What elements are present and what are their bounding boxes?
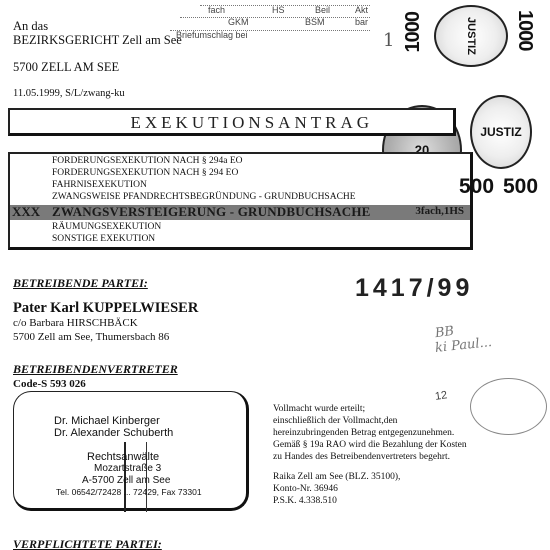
court-city: 5700 ZELL AM SEE [13,60,119,75]
document-title: EXEKUTIONSANTRAG [131,113,373,133]
justice-seal-1000-icon: JUSTIZ [434,5,508,67]
case-number-stamp: 1417/99 [355,274,473,303]
lawyer-street: Mozartstraße 3 [94,463,161,474]
stamp-500-value-right: 500 [503,175,538,199]
bank-line: Raika Zell am See (BLZ. 35100), [273,472,400,482]
receipt-handwritten-mark: 1 [383,30,394,51]
title-box: EXEKUTIONSANTRAG [8,108,456,136]
receipt-stamp: fach HS Beil Akt GKM BSM bar Briefumschl… [170,0,400,40]
receipt-row-1: fach HS Beil Akt [200,5,370,6]
lawyer-name-1: Dr. Michael Kinberger [54,415,160,427]
receipt-gkm: GKM [228,17,249,27]
receipt-row-3: Briefumschlag bei [170,30,370,31]
poa-line: hereinzubringenden Betrag entgegenzunehm… [273,428,454,438]
bank-line: Konto-Nr. 36946 [273,484,338,494]
creditor-address: 5700 Zell am See, Thumersbach 86 [13,331,169,343]
selected-execution-label: ZWANGSVERSTEIGERUNG - GRUNDBUCHSACHE [52,204,371,220]
receipt-row-2: GKM BSM bar [180,17,370,18]
creditor-care-of: c/o Barbara HIRSCHBÄCK [13,317,138,329]
creditor-name: Pater Karl KUPPELWIESER [13,300,198,317]
execution-option: FORDERUNGSEXEKUTION NACH § 294a EO [52,156,243,166]
execution-option: SONSTIGE EXEKUTION [52,234,155,244]
selection-mark: XXX [12,204,40,220]
lawyer-name-2: Dr. Alexander Schuberth [54,427,173,439]
receipt-bar: bar [355,17,368,27]
lawyer-phone: Tel. 06542/72428 ... 72429, Fax 73301 [56,487,202,497]
poa-line: einschließlich der Vollmacht,den [273,416,397,426]
selected-execution-note: 3fach,1HS [415,205,464,217]
debtor-heading: VERPFLICHTETE PARTEI: [13,537,162,550]
lawyer-stamp: Dr. Michael Kinberger Dr. Alexander Schu… [13,391,249,511]
bank-line: P.S.K. 4.338.510 [273,496,337,506]
stamp-1000-value-right: 1000 [513,10,536,51]
execution-type-box: FORDERUNGSEXEKUTION NACH § 294a EO FORDE… [8,152,473,250]
lawyer-title: Rechtsanwälte [87,451,159,463]
court-name: BEZIRKSGERICHT Zell am See [13,33,182,47]
stamp-1000-value-left: 1000 [402,12,425,53]
representative-heading: BETREIBENDENVERTRETER [13,362,178,377]
receipt-fach: fach [208,5,225,15]
receipt-akt: Akt [355,5,368,15]
execution-option: FAHRNISEXEKUTION [52,180,147,190]
execution-option: FORDERUNGSEXEKUTION NACH § 294 EO [52,168,238,178]
representative-code: Code-S 593 026 [13,378,86,390]
receipt-beil: Beil [315,5,330,15]
execution-option: RÄUMUNGSEXEKUTION [52,222,161,232]
execution-option: ZWANGSWEISE PFANDRECHTSBEGRÜNDUNG - GRUN… [52,192,356,202]
date-stamp: 12 [434,389,448,403]
receipt-hs: HS [272,5,285,15]
poa-line: Gemäß § 19a RAO wird die Bezahlung der K… [273,440,467,450]
execution-option-selected: XXX ZWANGSVERSTEIGERUNG - GRUNDBUCHSACHE… [10,205,470,220]
addressee-label: An das [13,19,48,33]
reference-line: 11.05.1999, S/L/zwang-ku [13,88,125,99]
justice-seal-500-icon: JUSTIZ [470,95,532,169]
receipt-envelope: Briefumschlag bei [176,30,248,40]
creditor-heading: BETREIBENDE PARTEI: [13,276,148,291]
seal-500-text: JUSTIZ [480,125,521,139]
poa-line: zu Handes des Betreibendenvertreters beg… [273,452,450,462]
poa-line: Vollmacht wurde erteilt; [273,404,365,414]
receipt-bsm: BSM [305,17,325,27]
stamp-500-value-left: 500 [459,175,494,199]
lawyer-city: A-5700 Zell am See [82,475,170,486]
seal-1000-text: JUSTIZ [465,17,477,55]
date-stamp-circle-icon [470,378,547,435]
